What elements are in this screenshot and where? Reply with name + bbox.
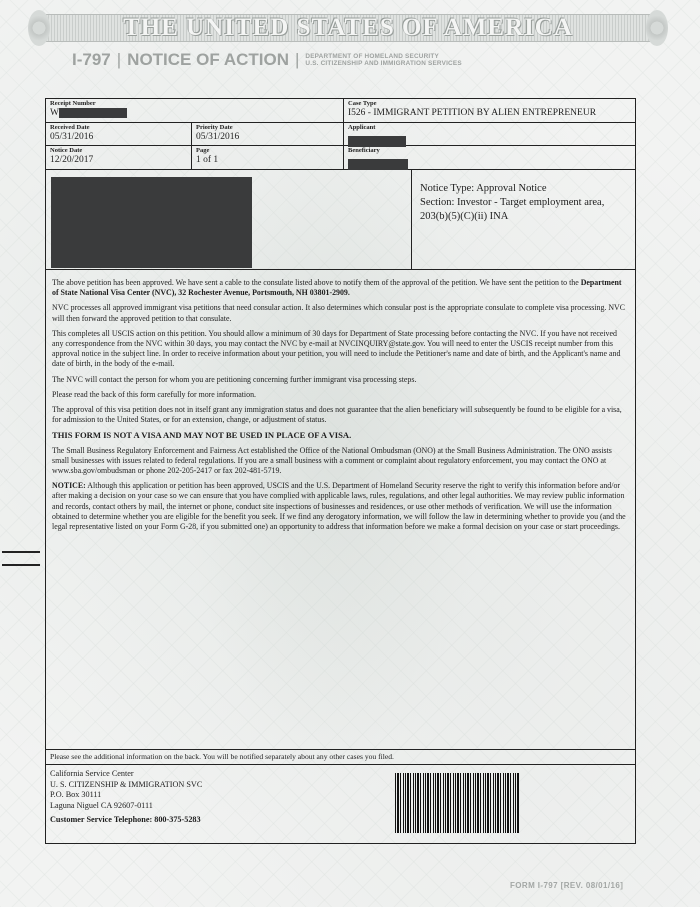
- case-info-right: Case Type I526 - IMMIGRANT PETITION BY A…: [344, 99, 635, 169]
- priority-date-value: 05/31/2016: [196, 132, 339, 143]
- page-value: 1 of 1: [196, 155, 339, 166]
- notice-body: The above petition has been approved. We…: [46, 270, 635, 750]
- fold-mark: [2, 551, 40, 553]
- redaction-block: [348, 159, 408, 170]
- form-id: I-797: [72, 50, 111, 70]
- verification-notice-paragraph: NOTICE: Although this application or pet…: [52, 481, 629, 532]
- read-back-paragraph: Please read the back of this form carefu…: [52, 390, 629, 400]
- received-date-label: Received Date: [50, 124, 187, 132]
- receipt-number-value: W: [50, 108, 339, 119]
- case-info-grid: Receipt Number W Received Date 05/31/201…: [46, 99, 635, 170]
- received-date-cell: Received Date 05/31/2016: [46, 123, 192, 145]
- received-date-value: 05/31/2016: [50, 132, 187, 143]
- redacted-address-block: [51, 177, 252, 268]
- notice-section-code: 203(b)(5)(C)(ii) INA: [420, 210, 627, 224]
- notice-date-cell: Notice Date 12/20/2017: [46, 146, 192, 169]
- nvc-processing-paragraph: NVC processes all approved immigrant vis…: [52, 303, 629, 323]
- form-revision: FORM I-797 [REV. 08/01/16]: [510, 881, 623, 890]
- form-header: I-797 | NOTICE OF ACTION | DEPARTMENT OF…: [72, 50, 462, 70]
- nvc-contact-paragraph: The NVC will contact the person for whom…: [52, 375, 629, 385]
- approval-paragraph: The above petition has been approved. We…: [52, 278, 629, 298]
- notice-date-label: Notice Date: [50, 147, 187, 155]
- case-type-cell: Case Type I526 - IMMIGRANT PETITION BY A…: [344, 99, 635, 123]
- country-banner: THE UNITED STATES OF AMERICA: [28, 10, 668, 46]
- notice-summary: Notice Type: Approval Notice Section: In…: [46, 170, 635, 270]
- applicant-cell: Applicant: [344, 123, 635, 146]
- status-disclaimer-paragraph: The approval of this visa petition does …: [52, 405, 629, 425]
- divider: |: [295, 50, 299, 70]
- barcode: [395, 773, 520, 833]
- page-label: Page: [196, 147, 339, 155]
- page-cell: Page 1 of 1: [192, 146, 343, 169]
- beneficiary-cell: Beneficiary: [344, 146, 635, 169]
- not-a-visa-warning: THIS FORM IS NOT A VISA AND MAY NOT BE U…: [52, 430, 629, 440]
- divider: |: [117, 50, 121, 70]
- ombudsman-paragraph: The Small Business Regulatory Enforcemen…: [52, 446, 629, 477]
- banner-scroll-ornament: [28, 10, 50, 46]
- applicant-label: Applicant: [348, 124, 631, 132]
- receipt-number-cell: Receipt Number W: [46, 99, 343, 123]
- fold-mark: [2, 564, 40, 566]
- case-type-value: I526 - IMMIGRANT PETITION BY ALIEN ENTRE…: [348, 108, 631, 119]
- uscis-completion-paragraph: This completes all USCIS action on this …: [52, 329, 629, 370]
- banner-scroll-ornament: [646, 10, 668, 46]
- service-center-block: California Service Center U. S. CITIZENS…: [46, 765, 635, 843]
- notice-section: Section: Investor - Target employment ar…: [420, 196, 627, 210]
- beneficiary-label: Beneficiary: [348, 147, 631, 155]
- banner-title: THE UNITED STATES OF AMERICA: [123, 14, 573, 42]
- notice-form: Receipt Number W Received Date 05/31/201…: [45, 98, 636, 844]
- case-info-left: Receipt Number W Received Date 05/31/201…: [46, 99, 344, 169]
- department-name: DEPARTMENT OF HOMELAND SECURITY U.S. CIT…: [305, 53, 461, 67]
- notice-type: Notice Type: Approval Notice: [420, 182, 627, 196]
- notice-type-area: Notice Type: Approval Notice Section: In…: [412, 170, 635, 269]
- service-center-address: California Service Center U. S. CITIZENS…: [46, 765, 395, 843]
- barcode-area: [395, 765, 635, 843]
- receipt-number-label: Receipt Number: [50, 100, 339, 108]
- priority-date-label: Priority Date: [196, 124, 339, 132]
- mailing-address-area: [46, 170, 412, 269]
- priority-date-cell: Priority Date 05/31/2016: [192, 123, 343, 145]
- form-title: NOTICE OF ACTION: [127, 50, 289, 70]
- notice-date-value: 12/20/2017: [50, 155, 187, 166]
- additional-info-note: Please see the additional information on…: [46, 750, 635, 765]
- customer-service-phone: Customer Service Telephone: 800-375-5283: [50, 815, 391, 826]
- redaction-block: [59, 108, 127, 118]
- case-type-label: Case Type: [348, 100, 631, 108]
